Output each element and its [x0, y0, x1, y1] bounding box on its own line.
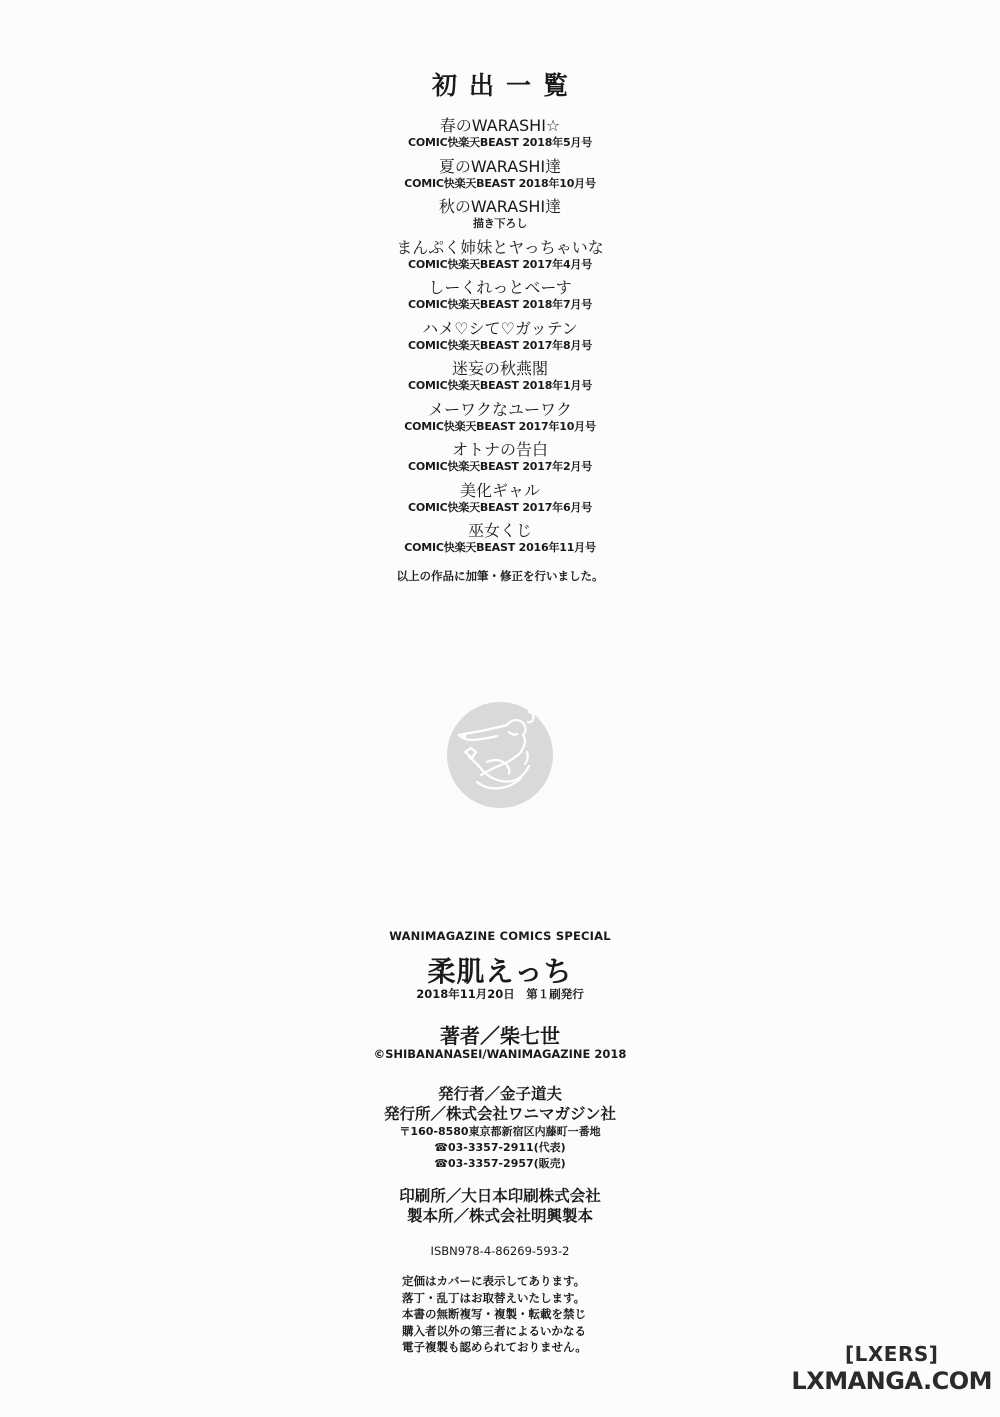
- work-item: 巫女くじ COMIC快楽天BEAST 2016年11月号: [0, 521, 1000, 562]
- work-source: COMIC快楽天BEAST 2018年5月号: [0, 136, 1000, 150]
- watermark-group: [LXERS]: [791, 1342, 992, 1366]
- notice-line: 電子複製も認められておりません。: [402, 1339, 587, 1356]
- work-source: COMIC快楽天BEAST 2016年11月号: [0, 541, 1000, 555]
- copyright: ©SHIBANANASEI/WANIMAGAZINE 2018: [0, 1047, 1000, 1061]
- work-item: 春のWARASHI☆ COMIC快楽天BEAST 2018年5月号: [0, 116, 1000, 157]
- binder: 製本所／株式会社明興製本: [0, 1206, 1000, 1226]
- work-title: まんぷく姉妹とヤっちゃいな: [0, 238, 1000, 258]
- isbn: ISBN978-4-86269-593-2: [0, 1244, 1000, 1258]
- work-title: オトナの告白: [0, 440, 1000, 460]
- revision-note: 以上の作品に加筆・修正を行いました。: [0, 568, 1000, 584]
- work-item: ハメ♡シて♡ガッテン COMIC快楽天BEAST 2017年8月号: [0, 319, 1000, 360]
- series-name: WANIMAGAZINE COMICS SPECIAL: [0, 929, 1000, 943]
- work-title: 迷妄の秋燕閣: [0, 359, 1000, 379]
- printer: 印刷所／大日本印刷株式会社: [0, 1186, 1000, 1206]
- work-source: COMIC快楽天BEAST 2017年10月号: [0, 420, 1000, 434]
- legal-notices: 定価はカバーに表示してあります。 落丁・乱丁はお取替えいたします。 本書の無断複…: [402, 1273, 587, 1356]
- work-source: COMIC快楽天BEAST 2017年6月号: [0, 501, 1000, 515]
- work-item: しーくれっとベーす COMIC快楽天BEAST 2018年7月号: [0, 278, 1000, 319]
- work-title: 巫女くじ: [0, 521, 1000, 541]
- work-item: まんぷく姉妹とヤっちゃいな COMIC快楽天BEAST 2017年4月号: [0, 238, 1000, 279]
- work-title: ハメ♡シて♡ガッテン: [0, 319, 1000, 339]
- work-title: 美化ギャル: [0, 481, 1000, 501]
- publisher-address: 〒160-8580東京都新宿区内藤町一番地: [0, 1124, 1000, 1140]
- phone-sales: ☎03-3357-2957(販売): [0, 1156, 1000, 1172]
- publisher-company: 発行所／株式会社ワニマガジン社: [0, 1104, 1000, 1124]
- phone-main: ☎03-3357-2911(代表): [0, 1140, 1000, 1156]
- work-source: COMIC快楽天BEAST 2018年1月号: [0, 379, 1000, 393]
- notice-line: 定価はカバーに表示してあります。: [402, 1273, 587, 1290]
- author: 著者／柴七世: [0, 1020, 1000, 1049]
- notice-line: 落丁・乱丁はお取替えいたします。: [402, 1290, 587, 1307]
- works-list: 春のWARASHI☆ COMIC快楽天BEAST 2018年5月号 夏のWARA…: [0, 116, 1000, 562]
- work-item: 夏のWARASHI達 COMIC快楽天BEAST 2018年10月号: [0, 157, 1000, 198]
- notice-line: 本書の無断複写・複製・転載を禁じ: [402, 1306, 587, 1323]
- work-source: 描き下ろし: [0, 217, 1000, 231]
- work-title: メーワクなユーワク: [0, 400, 1000, 420]
- issuer: 発行者／金子道夫: [0, 1084, 1000, 1104]
- work-title: 夏のWARASHI達: [0, 157, 1000, 177]
- work-title: しーくれっとベーす: [0, 278, 1000, 298]
- book-title: 柔肌えっち: [0, 950, 1000, 990]
- work-item: 迷妄の秋燕閣 COMIC快楽天BEAST 2018年1月号: [0, 359, 1000, 400]
- work-source: COMIC快楽天BEAST 2017年2月号: [0, 460, 1000, 474]
- work-item: メーワクなユーワク COMIC快楽天BEAST 2017年10月号: [0, 400, 1000, 441]
- work-title: 秋のWARASHI達: [0, 197, 1000, 217]
- publisher-block: 発行者／金子道夫 発行所／株式会社ワニマガジン社 〒160-8580東京都新宿区…: [0, 1084, 1000, 1172]
- work-item: オトナの告白 COMIC快楽天BEAST 2017年2月号: [0, 440, 1000, 481]
- print-block: 印刷所／大日本印刷株式会社 製本所／株式会社明興製本: [0, 1186, 1000, 1226]
- first-appearance-heading: 初出一覧: [0, 66, 1000, 102]
- crocodile-emblem-icon: [447, 702, 553, 808]
- work-item: 秋のWARASHI達 描き下ろし: [0, 197, 1000, 238]
- notice-line: 購入者以外の第三者によるいかなる: [402, 1323, 587, 1340]
- work-source: COMIC快楽天BEAST 2018年7月号: [0, 298, 1000, 312]
- work-title: 春のWARASHI☆: [0, 116, 1000, 136]
- release-date: 2018年11月20日 第１刷発行: [0, 986, 1000, 1002]
- work-source: COMIC快楽天BEAST 2017年4月号: [0, 258, 1000, 272]
- work-source: COMIC快楽天BEAST 2018年10月号: [0, 177, 1000, 191]
- site-watermark: [LXERS] LXMANGA.COM: [791, 1342, 992, 1396]
- work-item: 美化ギャル COMIC快楽天BEAST 2017年6月号: [0, 481, 1000, 522]
- work-source: COMIC快楽天BEAST 2017年8月号: [0, 339, 1000, 353]
- watermark-site: LXMANGA.COM: [791, 1366, 992, 1396]
